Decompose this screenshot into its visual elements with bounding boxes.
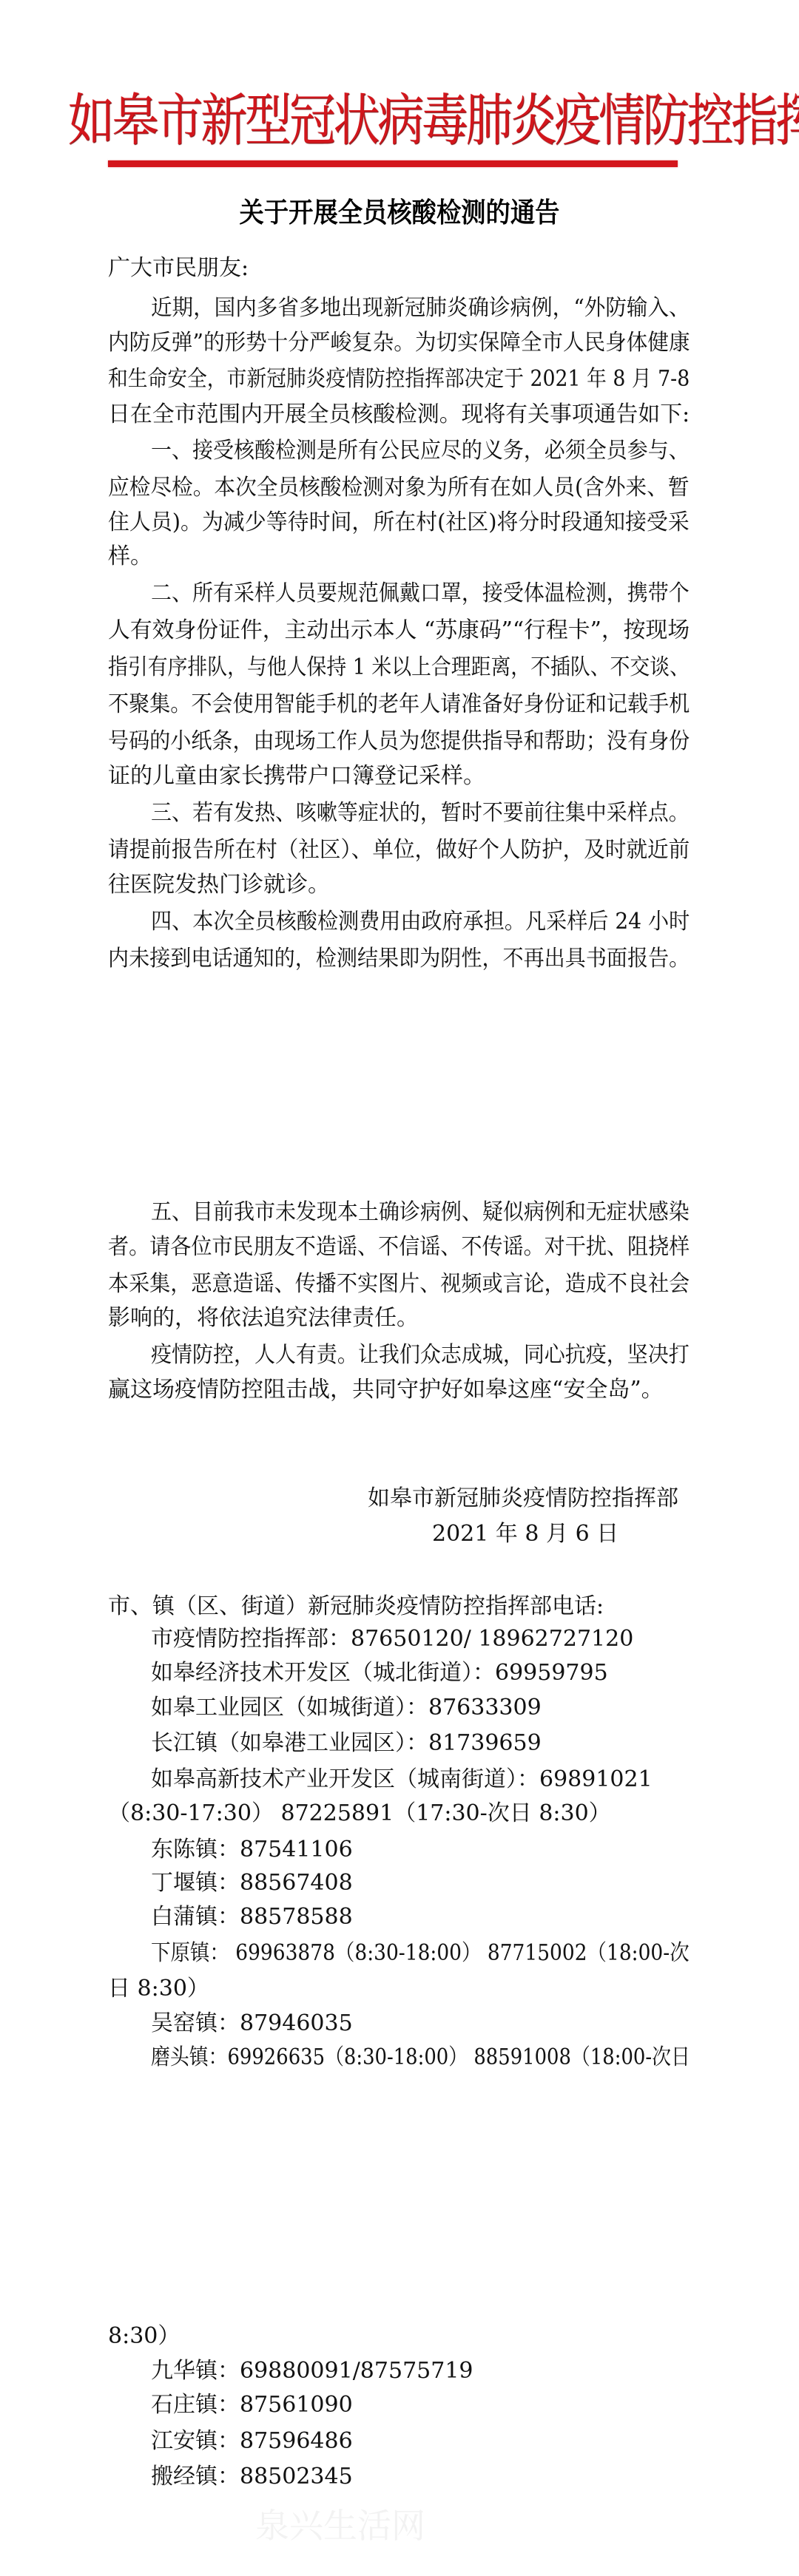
- contact-entry: 吴窑镇：87946035: [151, 2009, 353, 2038]
- paragraph-line: 人有效身份证件，主动出示本人 “苏康码”“行程卡”，按现场: [108, 616, 690, 645]
- paragraph-line: 内防反弹”的形势十分严峻复杂。为切实保障全市人民身体健康: [108, 328, 690, 358]
- paragraph-line: 不聚集。不会使用智能手机的老年人请准备好身份证和记载手机: [108, 690, 690, 719]
- paragraph-line: 样。: [108, 542, 152, 572]
- paragraph-line: 四、本次全员核酸检测费用由政府承担。凡采样后 24 小时: [151, 907, 690, 937]
- contact-entry: 如皋经济技术开发区（城北街道）：69959795: [151, 1658, 608, 1688]
- contact-entry: （8:30-17:30） 87225891（17:30-次日 8:30）: [108, 1799, 611, 1828]
- paragraph-line: 请提前报告所在村（社区）、单位，做好个人防护，及时就近前: [108, 835, 690, 865]
- contact-entry: 如皋工业园区（如城街道）：87633309: [151, 1693, 542, 1723]
- contact-entry: 白蒲镇：88578588: [151, 1902, 353, 1932]
- paragraph-line: 近期，国内多省多地出现新冠肺炎确诊病例，“外防输入、: [151, 294, 690, 323]
- contact-entry: 市疫情防控指挥部：87650120/ 18962727120: [151, 1624, 633, 1654]
- paragraph-line: 广大市民朋友:: [108, 254, 249, 283]
- paragraph-line: 影响的，将依法追究法律责任。: [108, 1304, 419, 1333]
- paragraph-line: 内未接到电话通知的，检测结果即为阴性，不再出具书面报告。: [108, 944, 690, 974]
- contact-entry: 丁堰镇：88567408: [151, 1868, 353, 1898]
- paragraph-line: 日在全市范围内开展全员核酸检测。现将有关事项通告如下:: [108, 400, 690, 430]
- paragraph-line: 往医院发热门诊就诊。: [108, 870, 330, 900]
- contact-entry: 日 8:30）: [108, 1974, 209, 2004]
- contact-entry: 长江镇（如皋港工业园区）：81739659: [151, 1729, 542, 1758]
- paragraph-line: 者。请各位市民朋友不造谣、不信谣、不传谣。对干扰、阻挠样: [108, 1233, 690, 1262]
- contact-entry: 东陈镇：87541106: [151, 1835, 353, 1865]
- contact-entry: 下原镇： 69963878（8:30-18:00） 87715002（18:00…: [151, 1939, 690, 1968]
- notice-title: 关于开展全员核酸检测的通告: [40, 194, 759, 231]
- contact-entry: 搬经镇：88502345: [151, 2462, 353, 2492]
- paragraph-line: 号码的小纸条，由现场工作人员为您提供指导和帮助；没有身份: [108, 727, 690, 756]
- paragraph-line: 三、若有发热、咳嗽等症状的，暂时不要前往集中采样点。: [151, 799, 690, 828]
- paragraph-line: 本采集，恶意造谣、传播不实图片、视频或言论，造成不良社会: [108, 1270, 690, 1299]
- contact-entry: 石庄镇：87561090: [151, 2390, 353, 2420]
- paragraph-line: 疫情防控，人人有责。让我们众志成城，同心抗疫，坚决打: [151, 1340, 690, 1370]
- paragraph-line: 证的儿童由家长携带户口簿登记采样。: [108, 762, 485, 791]
- paragraph-line: 五、目前我市未发现本土确诊病例、疑似病例和无症状感染: [151, 1198, 690, 1227]
- paragraph-line: 应检尽检。本次全员核酸检测对象为所有在如人员(含外来、暂: [108, 473, 690, 503]
- contacts-header: 市、镇（区、街道）新冠肺炎疫情防控指挥部电话:: [108, 1592, 604, 1621]
- contact-entry: 九华镇：69880091/87575719: [151, 2356, 473, 2386]
- paragraph-line: 住人员)。为减少等待时间，所在村(社区)将分时段通知接受采: [108, 508, 690, 538]
- contact-entry: 磨头镇：69926635（8:30-18:00） 88591008（18:00-…: [151, 2043, 690, 2072]
- paragraph-line: 赢这场疫情防控阻击战，共同守护好如皋这座“安全岛”。: [108, 1375, 664, 1405]
- org-letterhead-title: 如皋市新型冠状病毒肺炎疫情防控指挥部: [68, 80, 731, 161]
- signature-signer: 如皋市新冠肺炎疫情防控指挥部: [368, 1484, 678, 1514]
- paragraph-line: 一、接受核酸检测是所有公民应尽的义务，必须全员参与、: [151, 436, 690, 466]
- letterhead-red-rule: [108, 160, 678, 167]
- contact-entry: 江安镇：87596486: [151, 2427, 353, 2456]
- paragraph-line: 和生命安全，市新冠肺炎疫情防控指挥部决定于 2021 年 8 月 7-8: [108, 365, 690, 394]
- contact-entry: 如皋高新技术产业开发区（城南街道）：69891021: [151, 1765, 653, 1794]
- paragraph-line: 二、所有采样人员要规范佩戴口罩，接受体温检测，携带个: [151, 579, 690, 609]
- signature-date: 2021 年 8 月 6 日: [432, 1519, 618, 1549]
- paragraph-line: 指引有序排队，与他人保持 1 米以上合理距离，不插队、不交谈、: [108, 653, 690, 682]
- contact-entry: 8:30）: [108, 2322, 180, 2351]
- watermark: 泉兴生活网: [255, 2499, 425, 2548]
